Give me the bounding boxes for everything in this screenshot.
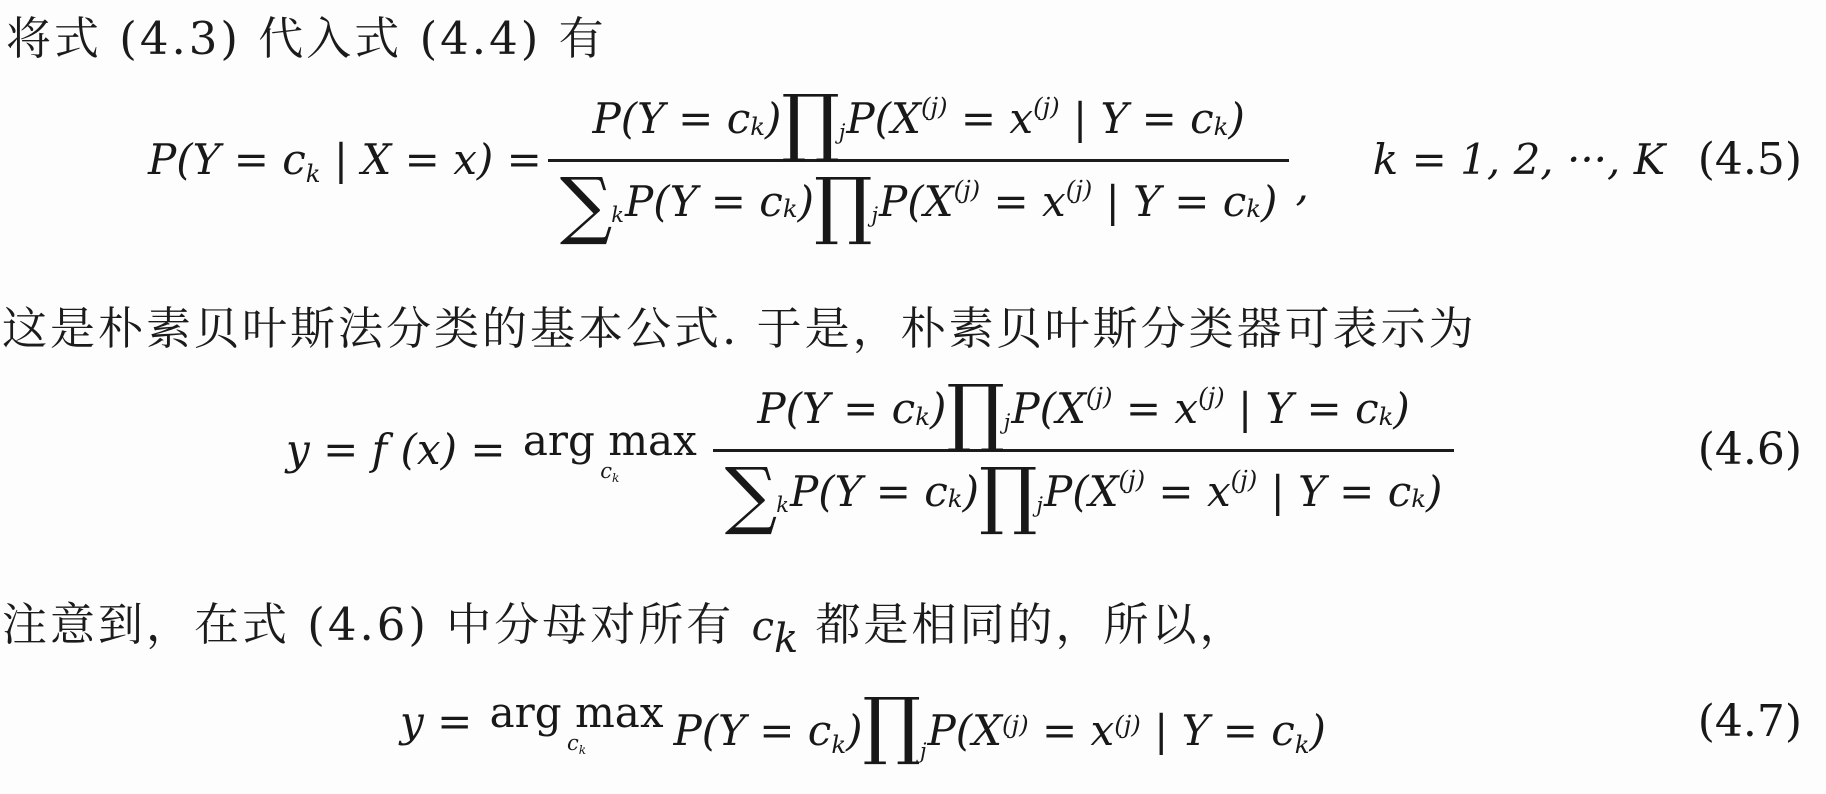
paragraph-intro: 将式 (4.3) 代入式 (4.4) 有 (6, 2, 607, 67)
math-token: | Y = c (1060, 96, 1214, 142)
eq45-left-hand-side: P(Y = ck | X = x) = (148, 137, 542, 183)
product-operator: ∏ (946, 382, 1005, 444)
product-operator: ∏ (814, 175, 873, 237)
math-token: ) (1393, 386, 1409, 432)
math-token: P(X (879, 179, 954, 225)
equation-number-4-5: (4.5) (1698, 136, 1810, 184)
math-token: y = (400, 699, 486, 745)
math-token: | Y = c (1092, 179, 1246, 225)
math-token: P(X (846, 96, 921, 142)
math-token: | Y = c (1141, 708, 1295, 754)
math-token: = x (1029, 708, 1115, 754)
equation-number-4-7: (4.7) (1698, 698, 1810, 746)
fraction-4-6: P(Y = ck)∏jP(X(j) = x(j) | Y = ck) ∑kP(Y… (713, 376, 1455, 525)
product-operator: ∏ (781, 92, 840, 154)
paragraph-basic-formula: 这是朴素贝叶斯法分类的基本公式. 于是，朴素贝叶斯分类器可表示为 (2, 292, 1477, 357)
math-token: c (600, 460, 612, 483)
math-token: ) (846, 708, 862, 754)
math-token: P(Y = c (757, 386, 915, 432)
math-token: P(Y = c (148, 137, 306, 183)
equation-4-6: y = f (x) = arg max ck P(Y = ck)∏jP(X(j)… (286, 376, 1810, 525)
math-token: y = f (x) = (286, 427, 519, 473)
math-token: ) (930, 386, 946, 432)
argmax-under-script: ck (567, 732, 586, 755)
product-operator: ∏ (862, 695, 921, 757)
math-token: = x (1112, 386, 1198, 432)
math-token: ) (963, 469, 979, 515)
fraction-4-5: P(Y = ck)∏jP(X(j) = x(j) | Y = ck) ∑kP(Y… (548, 86, 1290, 235)
math-token: ) (1228, 96, 1244, 142)
eq46-left-hand-side: y = f (x) = (286, 427, 519, 473)
math-token: ) (1310, 708, 1326, 754)
k-range-condition: k = 1, 2, ···, K (1373, 137, 1665, 183)
equation-number-4-6: (4.6) (1698, 426, 1810, 474)
eq47-left-hand-side: y = (400, 699, 486, 745)
math-token: ) (1261, 179, 1277, 225)
math-token: c (567, 732, 579, 755)
argmax-operator: arg max ck (490, 690, 664, 755)
math-token: P(Y = c (790, 469, 948, 515)
math-token: = x (1145, 469, 1231, 515)
argmax-under-script: ck (600, 460, 619, 483)
math-token: = x (980, 179, 1066, 225)
math-token: | X = x) = (321, 137, 542, 183)
math-token: P(X (1044, 469, 1119, 515)
math-token: P(X (1011, 386, 1086, 432)
equation-4-5: P(Y = ck | X = x) = P(Y = ck)∏jP(X(j) = … (148, 86, 1810, 235)
math-token: P(Y = c (625, 179, 783, 225)
argmax-label: arg max (523, 418, 697, 464)
note-prefix: 注意到，在式 (4.6) 中分母对所有 (2, 598, 752, 651)
math-token: | Y = c (1225, 386, 1379, 432)
argmax-operator: arg max ck (523, 418, 697, 483)
argmax-label: arg max (490, 690, 664, 736)
math-token: ) (798, 179, 814, 225)
sum-operator: ∑ (560, 175, 612, 237)
numerator-4-6: P(Y = ck)∏jP(X(j) = x(j) | Y = ck) (745, 376, 1421, 449)
denominator-4-5: ∑kP(Y = ck)∏jP(X(j) = x(j) | Y = ck) (548, 159, 1290, 234)
paragraph-note: 注意到，在式 (4.6) 中分母对所有 ck 都是相同的，所以， (2, 588, 1248, 653)
math-token: P(X (928, 708, 1003, 754)
math-token: ) (1426, 469, 1442, 515)
math-token: P(Y = c (674, 708, 832, 754)
inline-ck-subscript: k (774, 616, 798, 662)
math-token: ) (765, 96, 781, 142)
equation-4-7: y = arg max ck P(Y = ck)∏jP(X(j) = x(j) … (400, 690, 1810, 755)
math-comma: , (1295, 163, 1308, 209)
eq47-body: P(Y = ck)∏jP(X(j) = x(j) | Y = ck) (674, 690, 1326, 754)
inline-ck-base: c (752, 604, 774, 650)
numerator-4-5: P(Y = ck)∏jP(X(j) = x(j) | Y = ck) (580, 86, 1256, 159)
sum-operator: ∑ (725, 465, 777, 527)
math-token: | Y = c (1257, 469, 1411, 515)
note-suffix: 都是相同的，所以， (798, 598, 1247, 651)
denominator-4-6: ∑kP(Y = ck)∏jP(X(j) = x(j) | Y = ck) (713, 449, 1455, 524)
math-token: = x (948, 96, 1034, 142)
product-operator: ∏ (979, 465, 1038, 527)
scanned-textbook-page: 将式 (4.3) 代入式 (4.4) 有 P(Y = ck | X = x) =… (0, 0, 1826, 794)
math-token: P(Y = c (592, 96, 750, 142)
